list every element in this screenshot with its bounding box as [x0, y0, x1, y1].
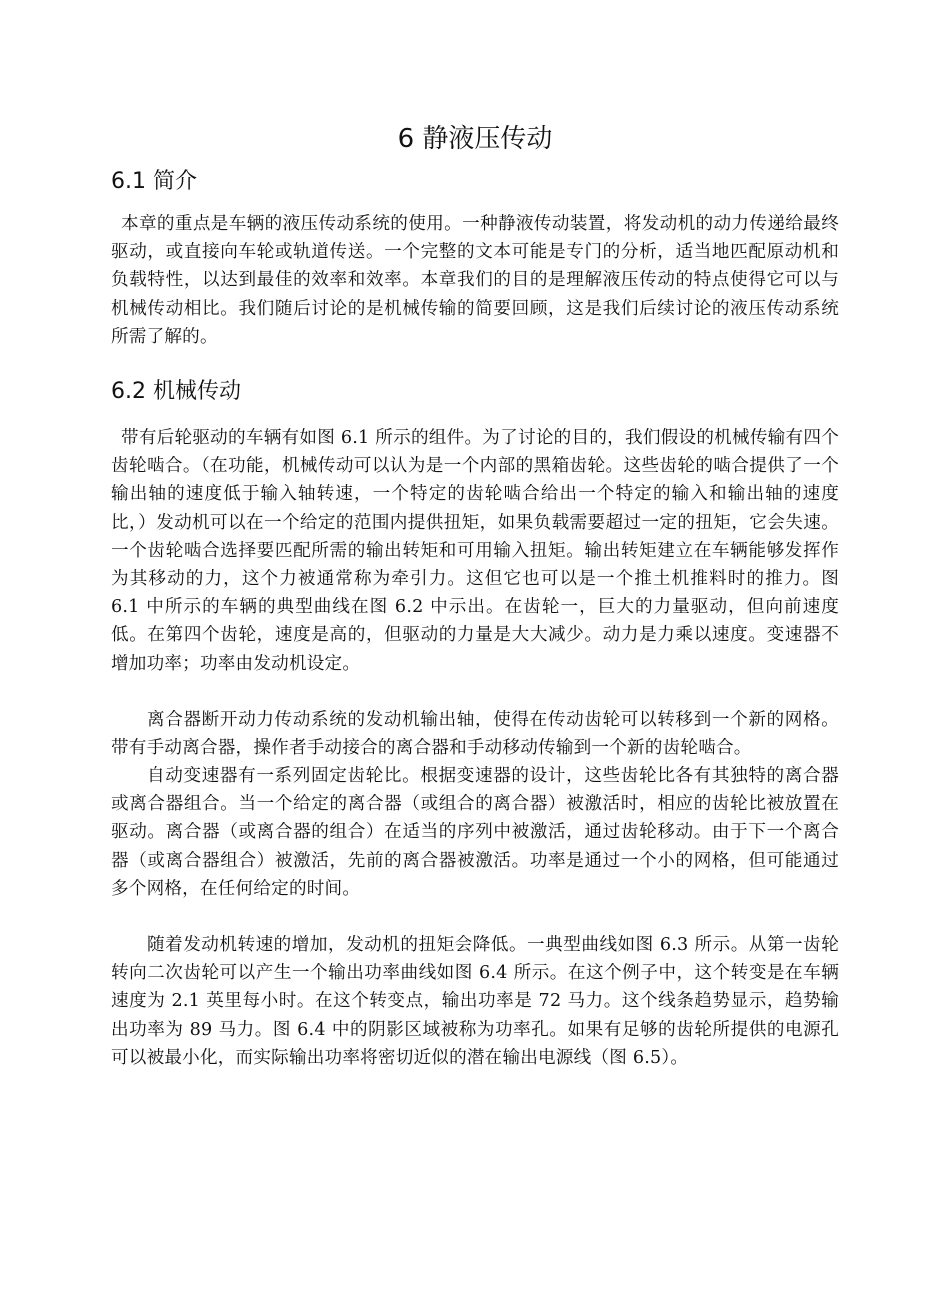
paragraph-intro: 本章的重点是车辆的液压传动系统的使用。一种静液传动装置，将发动机的动力传递给最终… [111, 210, 839, 351]
paragraph-mechanical-3: 自动变速器有一系列固定齿轮比。根据变速器的设计，这些齿轮比各有其独特的离合器或离… [111, 762, 839, 903]
paragraph-mechanical-1: 带有后轮驱动的车辆有如图 6.1 所示的组件。为了讨论的目的，我们假设的机械传输… [111, 424, 839, 678]
section-heading-mechanical: 6.2 机械传动 [111, 377, 241, 407]
chapter-title: 6 静液压传动 [111, 122, 839, 156]
paragraph-mechanical-2: 离合器断开动力传动系统的发动机输出轴，使得在传动齿轮可以转移到一个新的网格。带有… [111, 706, 839, 762]
section-heading-intro: 6.1 简介 [111, 167, 197, 197]
paragraph-mechanical-4: 随着发动机转速的增加，发动机的扭矩会降低。一典型曲线如图 6.3 所示。从第一齿… [111, 931, 839, 1072]
